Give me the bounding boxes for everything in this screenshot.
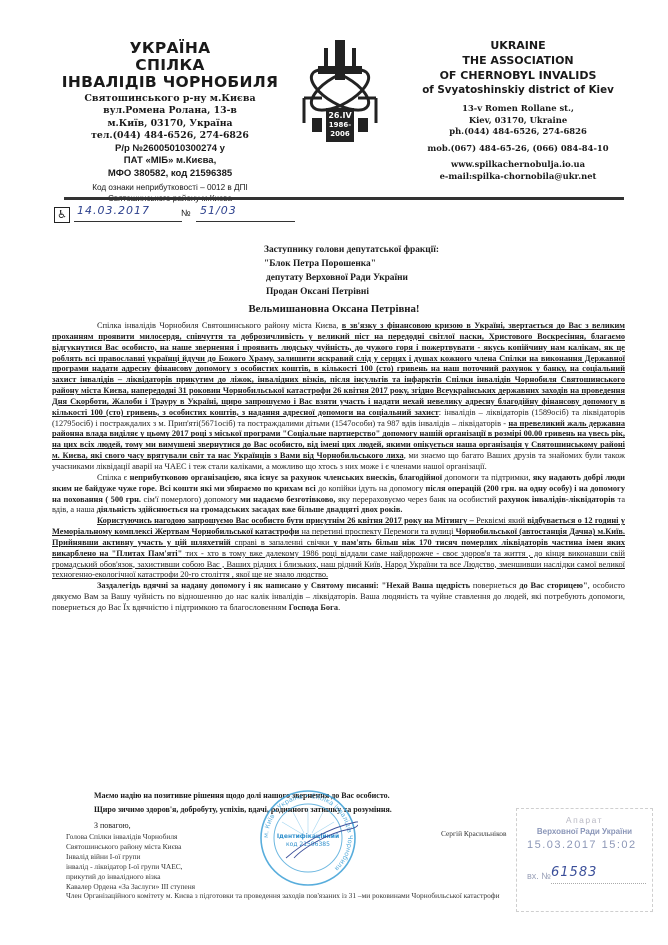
email-link[interactable]: e-mail:spilka-chornobila@ukr.net <box>398 171 638 183</box>
bank-mfo: МФО 380582, код 21596385 <box>60 168 280 181</box>
number-label: № <box>181 208 191 218</box>
nonprofit-code-1: Код ознаки неприбутковості – 0012 в ДПІ <box>60 182 280 193</box>
salutation: Вельмишановна Оксана Петрівна! <box>0 303 668 315</box>
chernobyl-memorial-logo: 26.IV 1986- 2006 <box>300 38 380 143</box>
addressee-line: Заступнику голови депутатської фракції: <box>264 243 439 257</box>
body-paragraph-4: Заздалегідь вдячні за надану допомогу і … <box>52 581 625 614</box>
organization-seal: м. Київ • Україна • Спілка інвалідів Чор… <box>258 788 358 888</box>
addressee-line: "Блок Петра Порошенка" <box>264 257 439 271</box>
address-ua-1: вул.Ромена Ролана, 13-в <box>60 105 280 118</box>
addressee-block: Заступнику голови депутатської фракції: … <box>264 243 439 299</box>
letterhead-english: UKRAINE THE ASSOCIATION OF CHERNOBYL INV… <box>398 38 638 182</box>
address-ua-2: м.Київ, 03170, Україна <box>60 118 280 131</box>
mobile-en: mob.(067) 484-65-26, (066) 084-84-10 <box>398 143 638 155</box>
address-en-1: 13-v Romen Rollane st., <box>398 103 638 115</box>
round-seal-icon: м. Київ • Україна • Спілка інвалідів Чор… <box>258 788 358 888</box>
org-name-en-1: THE ASSOCIATION <box>398 53 638 68</box>
district-ua: Святошинського р-ну м.Києва <box>60 92 280 105</box>
stamp-in-number: 61583 <box>551 865 597 880</box>
country-en: UKRAINE <box>398 38 638 53</box>
svg-text:1986-: 1986- <box>329 121 351 129</box>
country-ua: УКРАЇНА <box>60 40 280 57</box>
org-name-ua-2: ІНВАЛІДІВ ЧОРНОБИЛЯ <box>60 74 280 91</box>
memorial-emblem-icon: 26.IV 1986- 2006 <box>300 38 380 143</box>
letter-date: 14.03.2017 <box>74 204 182 222</box>
phone-ua: тел.(044) 484-6526, 274-6826 <box>60 130 280 143</box>
svg-text:2006: 2006 <box>330 130 350 138</box>
org-name-en-2: OF CHERNOBYL INVALIDS <box>398 68 638 83</box>
signer-title: Член Організаційного комітету м. Києва з… <box>66 891 500 901</box>
body-paragraph-3: Користуючись нагодою запрошуємо Вас особ… <box>52 516 625 581</box>
letterhead-divider <box>64 197 624 200</box>
signer-name: Сергій Красильніков <box>441 829 507 838</box>
letterhead-ukrainian: УКРАЇНА СПІЛКА ІНВАЛІДІВ ЧОРНОБИЛЯ Свято… <box>60 40 280 204</box>
website-link[interactable]: www.spilkachernobulja.io.ua <box>398 159 638 171</box>
stamp-apparatus: Апарат <box>517 815 652 825</box>
stamp-datetime: 15.03.2017 15:02 <box>527 839 637 851</box>
stamp-verkhovna-rada: Верховної Ради України <box>517 827 652 836</box>
letter-number: 51/03 <box>196 204 295 222</box>
phone-en: ph.(044) 484-6526, 274-6826 <box>398 126 638 138</box>
bank-account: Р/р №26005010300274 у <box>60 143 280 156</box>
stamp-in-label: вх. № <box>527 871 551 881</box>
bank-name: ПАТ «МІБ» м.Києва, <box>60 155 280 168</box>
date-number-line: ♿ 14.03.2017 № 51/03 <box>54 205 254 227</box>
svg-text:26.IV: 26.IV <box>328 111 352 120</box>
org-name-ua-1: СПІЛКА <box>60 57 280 74</box>
body-paragraph-2: Спілка є неприбутковою організацією, яка… <box>52 473 625 516</box>
address-en-2: Kiev, 03170, Ukraine <box>398 115 638 127</box>
addressee-line: депутату Верховної Ради України <box>264 271 439 285</box>
addressee-line: Продан Оксані Петрівні <box>264 285 439 299</box>
body-paragraph-1: Спілка інвалідів Чорнобиля Святошинськог… <box>52 321 625 473</box>
wheelchair-icon: ♿ <box>54 207 70 223</box>
incoming-registration-stamp: Апарат Верховної Ради України 15.03.2017… <box>516 808 653 912</box>
district-en: of Svyatoshinskiy district of Kiev <box>398 83 638 98</box>
svg-text:Ідентифікаційний: Ідентифікаційний <box>277 833 339 840</box>
letter-body: Спілка інвалідів Чорнобиля Святошинськог… <box>52 321 625 614</box>
